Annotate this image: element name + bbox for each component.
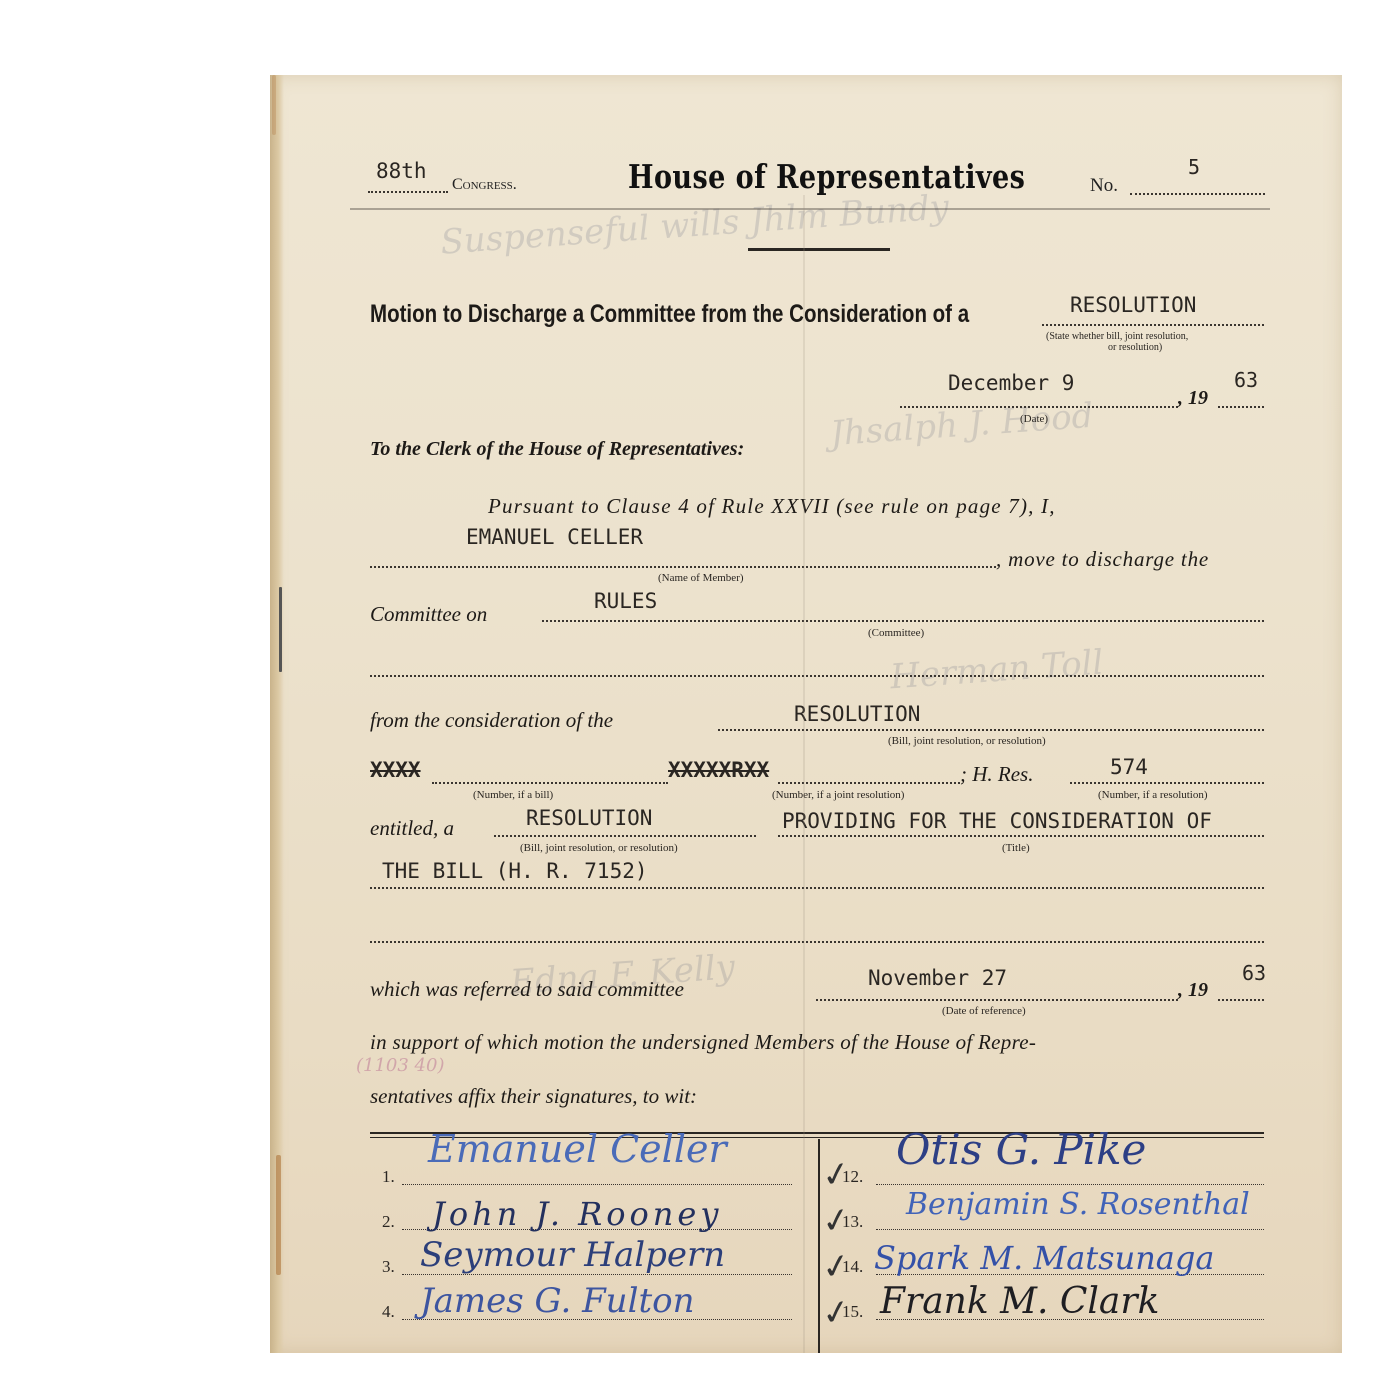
checkmark-icon: ✓ [819,1245,854,1289]
number-label: No. [1090,175,1118,197]
margin-pencil-note: (1103 40) [356,1055,444,1076]
res-number-caption: (Number, if a resolution) [1098,789,1208,801]
committee-label: Committee on [370,602,487,627]
joint-number-line [778,782,960,784]
title-continuation-line [370,887,1264,889]
joint-number-caption: (Number, if a joint resolution) [772,789,904,801]
signature-1: Emanuel Celler [428,1127,727,1171]
measure-type-value: RESOLUTION [1070,293,1196,317]
signature-2: John J. Rooney [432,1195,722,1233]
referred-date-line [816,999,1178,1001]
measure-type-line [1042,324,1264,326]
title-divider [748,248,890,251]
signature-3: Seymour Halpern [420,1235,725,1275]
checkmark-icon: ✓ [819,1199,854,1243]
motion-date: December 9 [948,371,1074,395]
corner-stain [272,75,276,135]
signature-12: Otis G. Pike [896,1125,1146,1174]
referred-label: which was referred to said committee [370,977,684,1002]
move-to-discharge-text: , move to discharge the [996,547,1209,572]
support-text-line-1: in support of which motion the undersign… [370,1030,1036,1055]
checkmark-icon: ✓ [819,1153,854,1197]
petition-number-line [1130,193,1265,195]
signature-15: Frank M. Clark [880,1281,1159,1322]
support-text-line-2: sentatives affix their signatures, to wi… [370,1084,697,1109]
consideration-label: from the consideration of the [370,708,613,733]
title-value-line-1: PROVIDING FOR THE CONSIDERATION OF [782,809,1212,833]
bill-number-caption: (Number, if a bill) [473,789,553,801]
signature-13: Benjamin S. Rosenthal [906,1187,1250,1222]
signature-4: James G. Fulton [420,1281,694,1321]
motion-year-line [1218,406,1264,408]
show-through-writing: Suspenseful wills Jhlm Bundy [439,187,950,262]
motion-date-line [900,406,1178,408]
checkmark-icon: ✓ [819,1291,854,1335]
measure-type-caption: (State whether bill, joint resolution, [1046,331,1188,342]
congress-number-line [368,191,448,193]
bill-number-struck: XXXX [370,758,421,782]
signature-column-divider [818,1139,820,1353]
signature-number: 4. [382,1302,395,1322]
title-extra-line [370,941,1264,943]
motion-year: 63 [1234,368,1258,392]
member-name-line [370,566,996,568]
binding-staple-mark [279,587,282,672]
entitled-caption: (Bill, joint resolution, or resolution) [520,842,678,854]
title-line [778,835,1264,837]
signature-line [876,1184,1264,1185]
document-title: House of Representatives [628,157,1025,196]
show-through-writing: Jhsalph J. Hood [829,396,1095,454]
consideration-line [718,729,1264,731]
signature-line [402,1184,792,1185]
entitled-value: RESOLUTION [526,806,652,830]
motion-year-prefix: , 19 [1178,387,1208,410]
hres-number-line [1070,782,1264,784]
pursuant-line: Pursuant to Clause 4 of Rule XXVII (see … [488,494,1056,519]
congress-label: Congress. [452,176,517,194]
referred-year-line [1218,999,1264,1001]
committee-value: RULES [594,589,657,613]
referred-date: November 27 [868,966,1007,990]
congress-number: 88th [376,159,427,183]
consideration-caption: (Bill, joint resolution, or resolution) [888,735,1046,747]
referred-year-prefix: , 19 [1178,979,1208,1002]
committee-line [542,620,1264,622]
edge-stain [276,1155,281,1275]
discharge-petition-document: Suspenseful wills Jhlm Bundy Jhsalph J. … [270,75,1342,1353]
measure-type-caption-2: or resolution) [1108,342,1162,353]
title-value-line-2: THE BILL (H. R. 7152) [382,859,648,883]
signature-number: 1. [382,1167,395,1187]
referred-date-caption: (Date of reference) [942,1005,1026,1017]
bill-number-line [432,782,668,784]
salutation: To the Clerk of the House of Representat… [370,438,744,461]
signature-line [876,1229,1264,1230]
signature-number: 3. [382,1257,395,1277]
hres-number: 574 [1110,755,1148,779]
member-name: EMANUEL CELLER [466,525,643,549]
joint-number-struck: XXXXXRXX [668,758,769,782]
entitled-label: entitled, a [370,816,454,841]
motion-date-caption: (Date) [1020,413,1048,425]
committee-extra-line [370,675,1264,677]
member-name-caption: (Name of Member) [658,572,744,584]
motion-heading: Motion to Discharge a Committee from the… [370,300,969,329]
consideration-value: RESOLUTION [794,702,920,726]
show-through-writing: Herman Toll [889,643,1105,698]
header-rule [350,208,1270,210]
petition-number: 5 [1188,155,1200,179]
hres-label: ; H. Res. [960,762,1033,787]
committee-caption: (Committee) [868,627,924,639]
signature-number: 2. [382,1212,395,1232]
signature-14: Spark M. Matsunaga [874,1239,1214,1277]
entitled-line [494,835,756,837]
title-caption: (Title) [1002,842,1030,854]
referred-year: 63 [1242,961,1266,985]
